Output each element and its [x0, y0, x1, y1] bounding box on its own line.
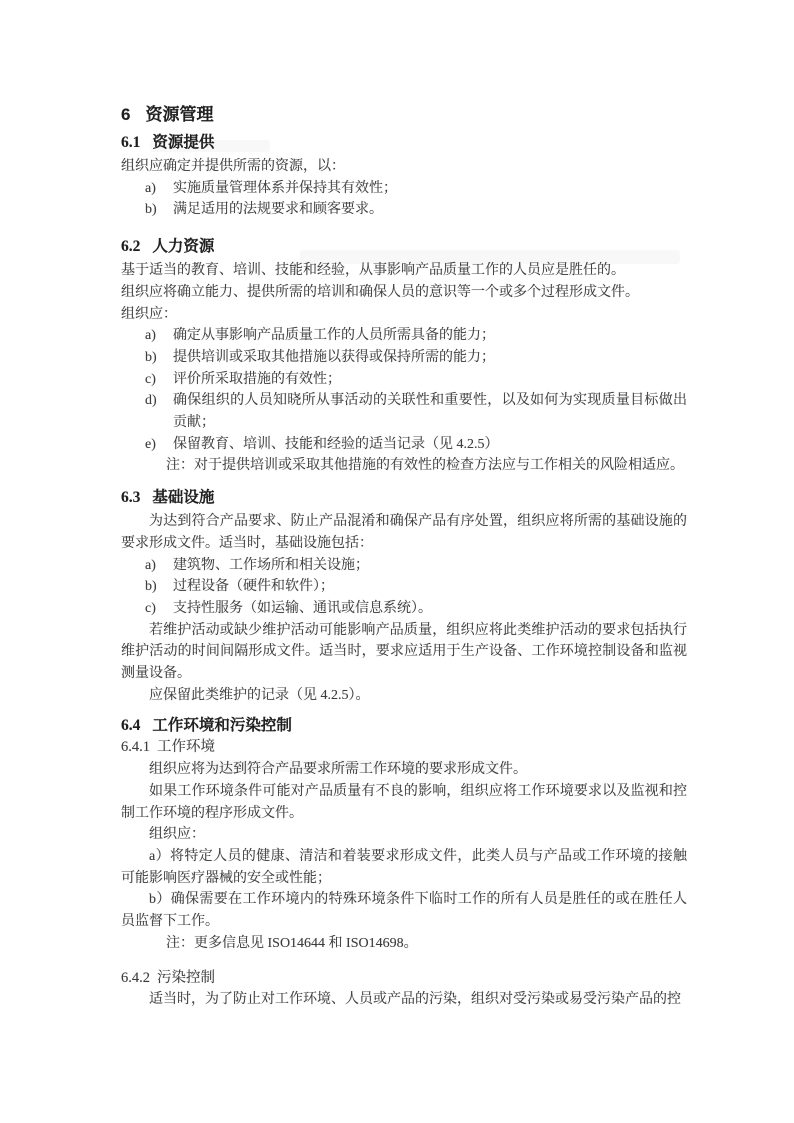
paragraph: 组织应确定并提供所需的资源，以：	[121, 156, 687, 178]
list-marker: a)	[145, 555, 156, 577]
list-item: b) 提供培训或采取其他措施以获得或保持所需的能力；	[121, 347, 687, 369]
section-number: 6.2	[121, 236, 140, 257]
paragraph: 基于适当的教育、培训、技能和经验，从事影响产品质量工作的人员应是胜任的。	[121, 260, 687, 282]
section-6-4-heading: 6.4工作环境和污染控制	[121, 715, 687, 736]
list-item: a) 建筑物、工作场所和相关设施；	[121, 555, 687, 577]
list-marker: b)	[145, 347, 157, 369]
paragraph: 若维护活动或缺少维护活动可能影响产品质量，组织应将此类维护活动的要求包括执行维护…	[121, 620, 687, 685]
section-6-2-heading: 6.2人力资源	[121, 236, 687, 257]
list-text: 满足适用的法规要求和顾客要求。	[173, 202, 383, 217]
list-text: 建筑物、工作场所和相关设施；	[173, 558, 369, 573]
section-6-3-heading: 6.3基础设施	[121, 487, 687, 508]
section-number: 6.4.2	[121, 968, 150, 990]
list-marker: b)	[145, 576, 157, 598]
section-title: 资源管理	[145, 105, 213, 124]
section-title: 基础设施	[152, 489, 214, 506]
list-marker: c)	[145, 598, 156, 620]
list-item: a) 确定从事影响产品质量工作的人员所需具备的能力；	[121, 325, 687, 347]
list-item: b) 满足适用的法规要求和顾客要求。	[121, 199, 687, 221]
paragraph: b）确保需要在工作环境内的特殊环境条件下临时工作的所有人员是胜任的或在胜任人员监…	[121, 889, 687, 932]
scanned-document-page: { "colors": { "text": "#3d3d3d", "headin…	[0, 0, 794, 1123]
section-title: 工作环境和污染控制	[152, 717, 292, 734]
list-marker: c)	[145, 369, 156, 391]
list-item: c) 支持性服务（如运输、通讯或信息系统）。	[121, 598, 687, 620]
list-text: 提供培训或采取其他措施以获得或保持所需的能力；	[173, 350, 495, 365]
paragraph: 组织应：	[121, 824, 687, 846]
note: 注：更多信息见 ISO14644 和 ISO14698。	[121, 933, 687, 955]
list-marker: d)	[145, 390, 157, 412]
paragraph: a）将特定人员的健康、清洁和着装要求形成文件，此类人员与产品或工作环境的接触可能…	[121, 846, 687, 889]
section-number: 6.4.1	[121, 737, 150, 759]
list-text: 确定从事影响产品质量工作的人员所需具备的能力；	[173, 328, 495, 343]
section-title: 污染控制	[157, 970, 215, 986]
section-6-heading: 6资源管理	[121, 104, 687, 126]
section-6-4-1-heading: 6.4.1工作环境	[121, 737, 687, 759]
list-item: a) 实施质量管理体系并保持其有效性；	[121, 178, 687, 200]
list-text: 支持性服务（如运输、通讯或信息系统）。	[173, 601, 432, 616]
paragraph: 适当时，为了防止对工作环境、人员或产品的污染，组织对受污染或易受污染产品的控	[121, 989, 687, 1011]
note: 注：对于提供培训或采取其他措施的有效性的检查方法应与工作相关的风险相适应。	[121, 455, 687, 477]
list-item: b) 过程设备（硬件和软件）；	[121, 576, 687, 598]
list-marker: a)	[145, 178, 156, 200]
section-number: 6	[121, 104, 130, 126]
document-body: 6资源管理 6.1资源提供 组织应确定并提供所需的资源，以： a) 实施质量管理…	[121, 104, 687, 1011]
section-number: 6.4	[121, 715, 140, 736]
section-number: 6.1	[121, 132, 140, 153]
section-title: 工作环境	[157, 739, 215, 755]
paragraph: 组织应：	[121, 304, 687, 326]
list-text: 过程设备（硬件和软件）；	[173, 579, 334, 594]
section-number: 6.3	[121, 487, 140, 508]
list-marker: a)	[145, 325, 156, 347]
list-item: c) 评价所采取措施的有效性；	[121, 369, 687, 391]
paragraph: 组织应将确立能力、提供所需的培训和确保人员的意识等一个或多个过程形成文件。	[121, 282, 687, 304]
paragraph: 如果工作环境条件可能对产品质量有不良的影响，组织应将工作环境要求以及监视和控制工…	[121, 781, 687, 824]
section-title: 人力资源	[152, 238, 214, 255]
paragraph: 为达到符合产品要求、防止产品混淆和确保产品有序处置，组织应将所需的基础设施的要求…	[121, 511, 687, 554]
list-item: e) 保留教育、培训、技能和经验的适当记录（见 4.2.5）	[121, 434, 687, 456]
section-6-4-2-heading: 6.4.2污染控制	[121, 968, 687, 990]
section-6-1-heading: 6.1资源提供	[121, 132, 687, 153]
list-marker: e)	[145, 434, 156, 456]
list-item: d) 确保组织的人员知晓所从事活动的关联性和重要性，以及如何为实现质量目标做出贡…	[121, 390, 687, 433]
paragraph: 组织应将为达到符合产品要求所需工作环境的要求形成文件。	[121, 759, 687, 781]
list-text: 评价所采取措施的有效性；	[173, 372, 341, 387]
list-text: 保留教育、培训、技能和经验的适当记录（见 4.2.5）	[173, 437, 499, 452]
section-title: 资源提供	[152, 134, 214, 151]
list-text: 确保组织的人员知晓所从事活动的关联性和重要性，以及如何为实现质量目标做出贡献；	[173, 393, 687, 430]
list-marker: b)	[145, 199, 157, 221]
list-text: 实施质量管理体系并保持其有效性；	[173, 181, 397, 196]
paragraph: 应保留此类维护的记录（见 4.2.5）。	[121, 685, 687, 707]
